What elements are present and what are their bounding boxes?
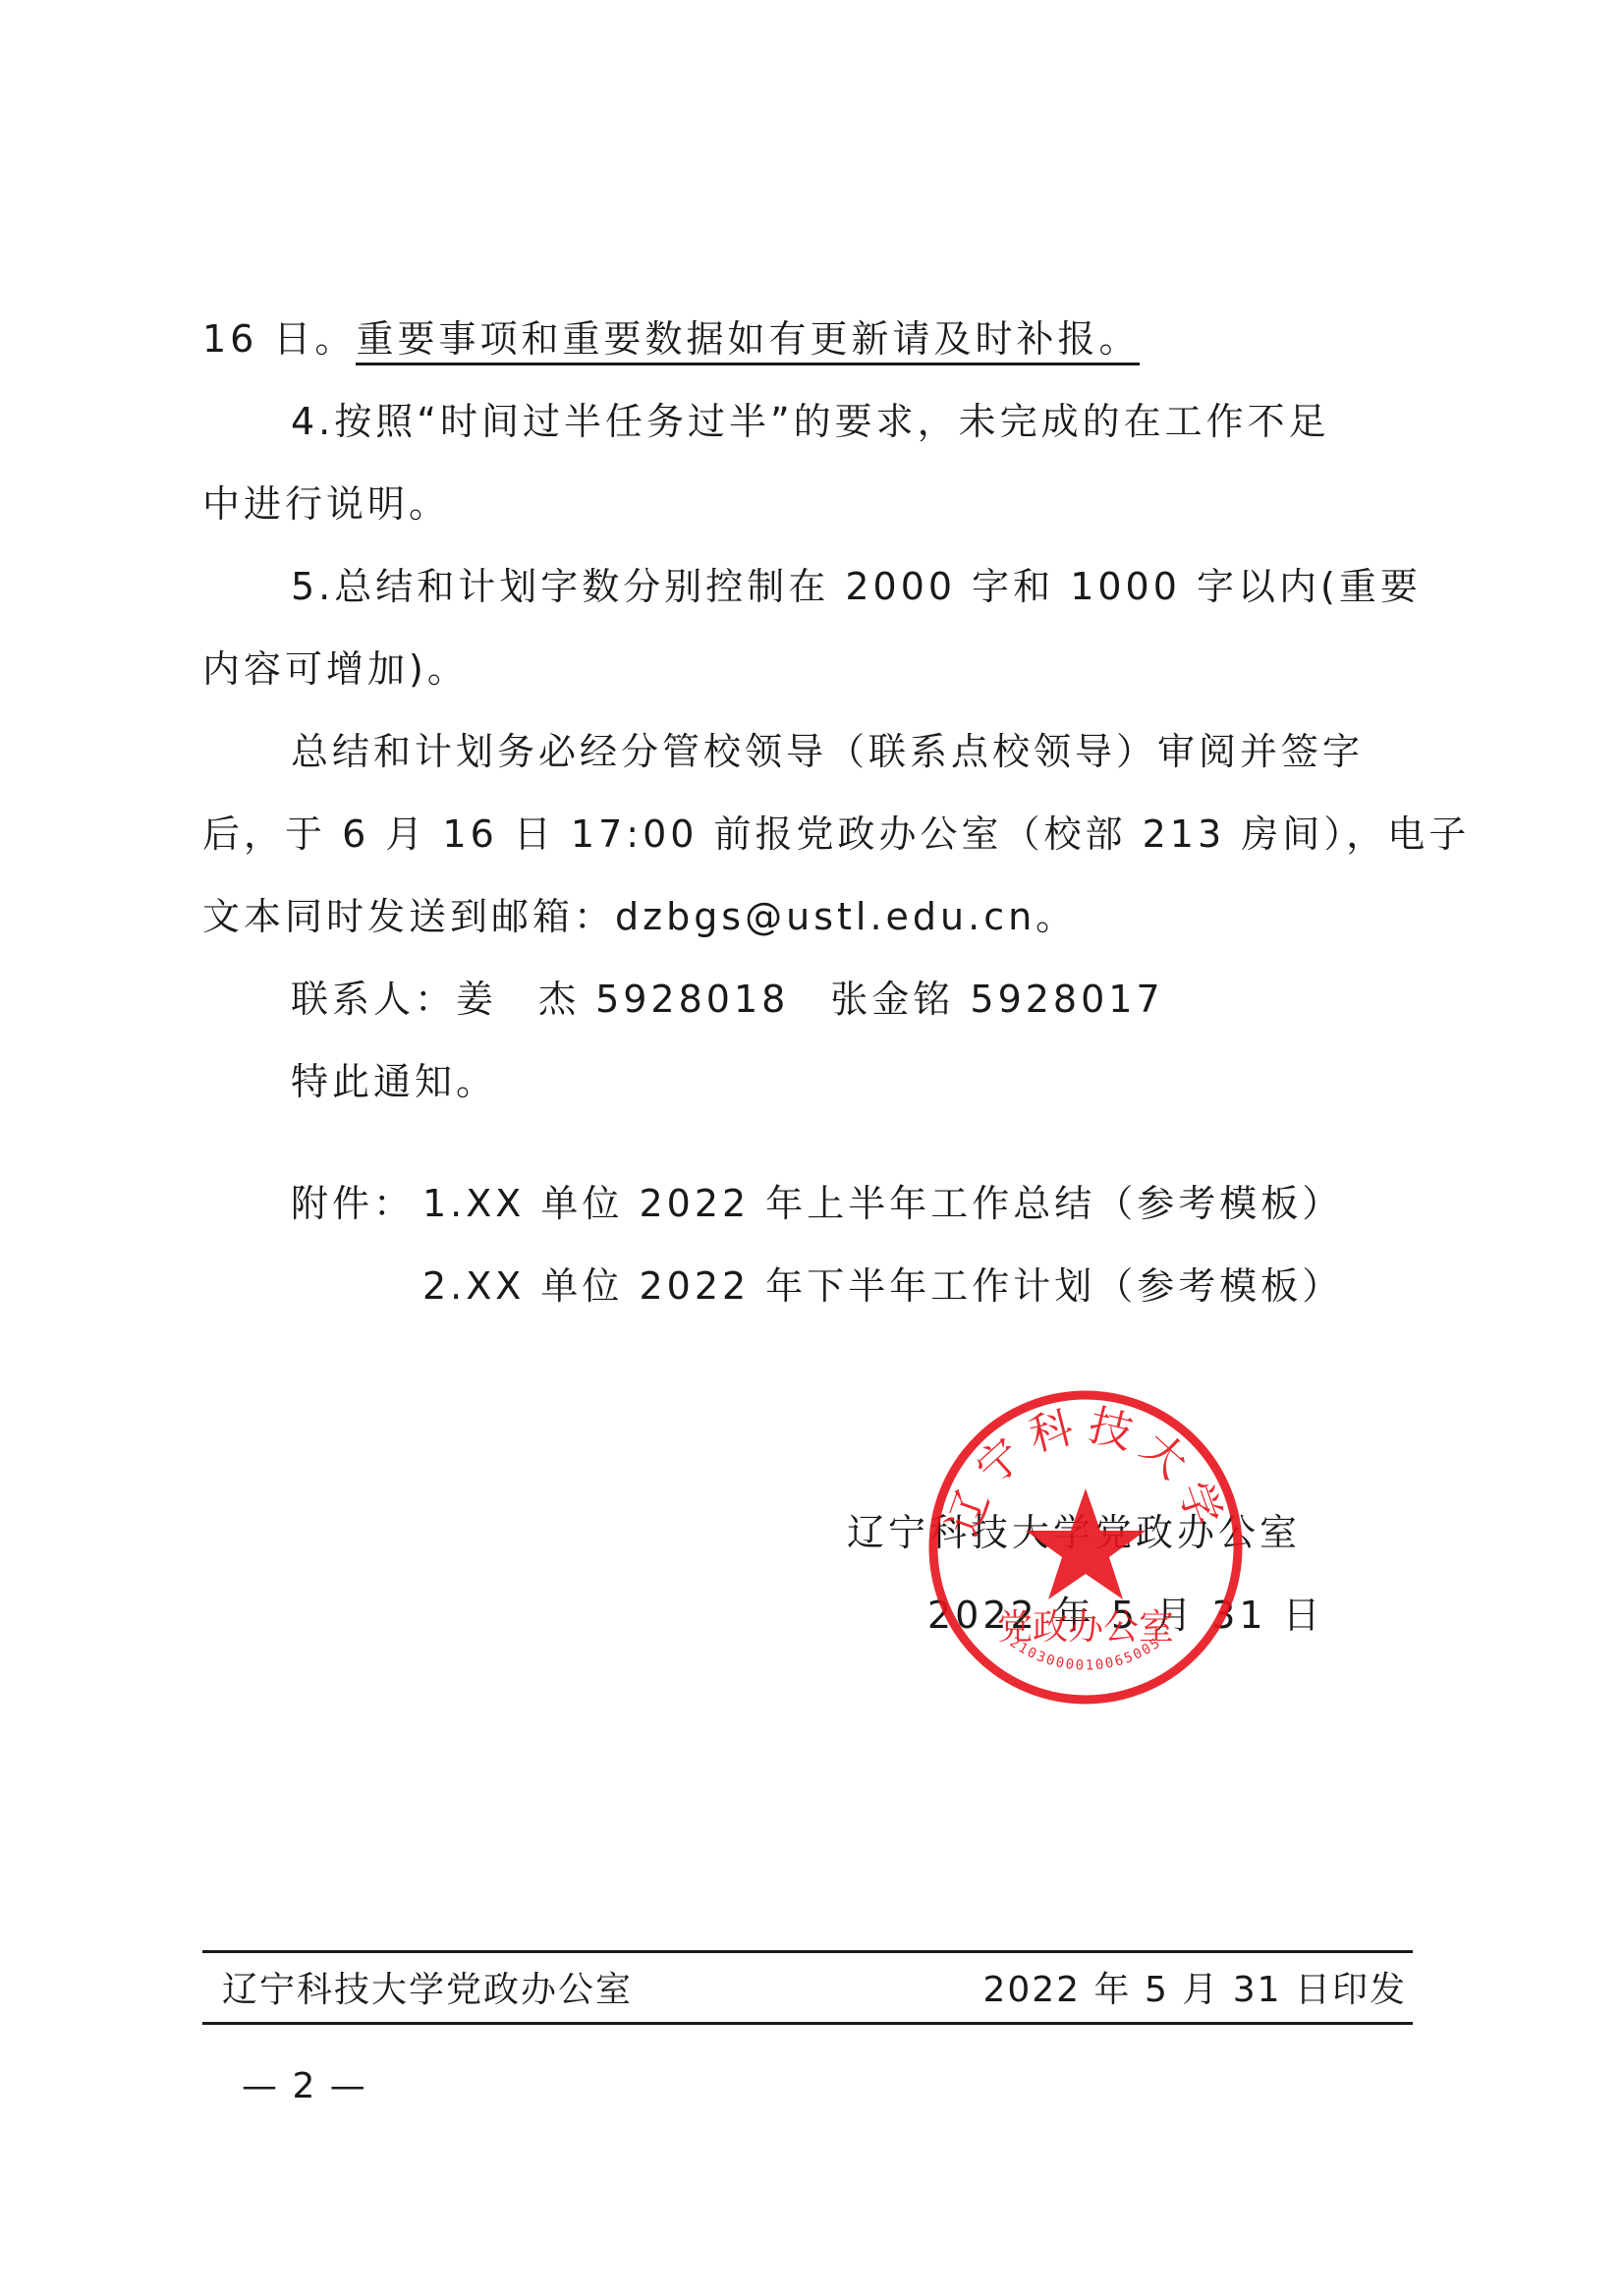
email-line: 文本同时发送到邮箱：dzbgs@ustl.edu.cn。 [202,892,1077,941]
submission-paragraph-cont: 后，于 6 月 16 日 17:00 前报党政办公室（校部 213 房间），电子 [202,810,1470,859]
closing-line: 特此通知。 [291,1057,497,1106]
footer-issue-date: 2022 年 5 月 31 日印发 [982,1969,1407,2012]
official-seal-icon: 辽宁科技大学 党政办公室 2103000010065005 [923,1385,1248,1709]
attachment-1: 1.XX 单位 2022 年上半年工作总结（参考模板） [422,1179,1343,1228]
footer-top-rule [202,1950,1413,1953]
line-prefix: 16 日。 [202,317,356,361]
footer-bottom-rule [202,2022,1413,2025]
attachments-label: 附件： [291,1179,415,1228]
attachment-2: 2.XX 单位 2022 年下半年工作计划（参考模板） [422,1261,1343,1311]
submission-paragraph: 总结和计划务必经分管校领导（联系点校领导）审阅并签字 [291,727,1364,776]
underlined-text: 重要事项和重要数据如有更新请及时补报。 [356,317,1140,365]
contacts-line: 联系人：姜 杰 5928018 张金铭 5928017 [291,975,1164,1024]
item-5: 5.总结和计划字数分别控制在 2000 字和 1000 字以内(重要 [291,562,1422,611]
item-4: 4.按照“时间过半任务过半”的要求，未完成的在工作不足 [291,397,1330,446]
item-4-cont: 中进行说明。 [202,479,450,529]
footer-issuer: 辽宁科技大学党政办公室 [222,1969,633,2012]
page-number: — 2 — [242,2065,367,2108]
body-line-1: 16 日。重要事项和重要数据如有更新请及时补报。 [202,314,1140,364]
item-5-cont: 内容可增加)。 [202,644,469,694]
